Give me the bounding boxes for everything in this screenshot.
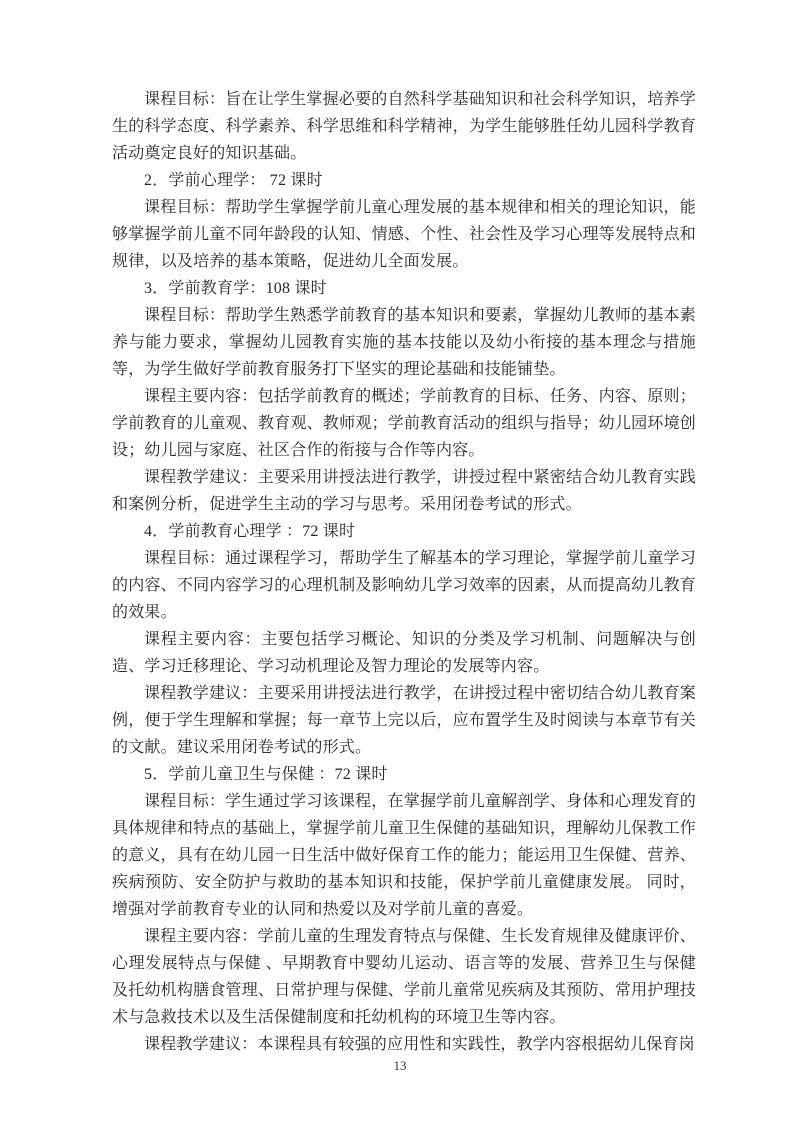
document-page: 课程目标：旨在让学生掌握必要的自然科学基础知识和社会科学知识，培养学生的科学态度… — [0, 0, 800, 1129]
paragraph: 课程目标：学生通过学习该课程，在掌握学前儿童解剖学、身体和心理发育的具体规律和特… — [112, 788, 696, 923]
paragraph: 课程目标：通过课程学习，帮助学生了解基本的学习理论，掌握学前儿童学习的内容、不同… — [112, 545, 696, 626]
paragraph: 课程教学建议：本课程具有较强的应用性和实践性，教学内容根据幼儿保育岗 — [112, 1031, 696, 1058]
course-heading: 4．学前教育心理学 ：72 课时 — [112, 518, 696, 545]
page-number: 13 — [0, 1058, 800, 1074]
course-heading: 3．学前教育学：108 课时 — [112, 275, 696, 302]
document-body: 课程目标：旨在让学生掌握必要的自然科学基础知识和社会科学知识，培养学生的科学态度… — [112, 86, 696, 1058]
paragraph: 课程教学建议：主要采用讲授法进行教学，讲授过程中紧密结合幼儿教育实践和案例分析，… — [112, 464, 696, 518]
paragraph: 课程目标：帮助学生熟悉学前教育的基本知识和要素，掌握幼儿教师的基本素养与能力要求… — [112, 302, 696, 383]
paragraph: 课程教学建议：主要采用讲授法进行教学，在讲授过程中密切结合幼儿教育案例，便于学生… — [112, 680, 696, 761]
paragraph: 课程目标：帮助学生掌握学前儿童心理发展的基本规律和相关的理论知识，能够掌握学前儿… — [112, 194, 696, 275]
paragraph: 课程主要内容：包括学前教育的概述；学前教育的目标、任务、内容、原则；学前教育的儿… — [112, 383, 696, 464]
course-heading: 5．学前儿童卫生与保健 ：72 课时 — [112, 761, 696, 788]
course-heading: 2．学前心理学： 72 课时 — [112, 167, 696, 194]
paragraph: 课程主要内容：学前儿童的生理发育特点与保健、生长发育规律及健康评价、心理发展特点… — [112, 923, 696, 1031]
paragraph: 课程主要内容：主要包括学习概论、知识的分类及学习机制、问题解决与创造、学习迁移理… — [112, 626, 696, 680]
paragraph: 课程目标：旨在让学生掌握必要的自然科学基础知识和社会科学知识，培养学生的科学态度… — [112, 86, 696, 167]
